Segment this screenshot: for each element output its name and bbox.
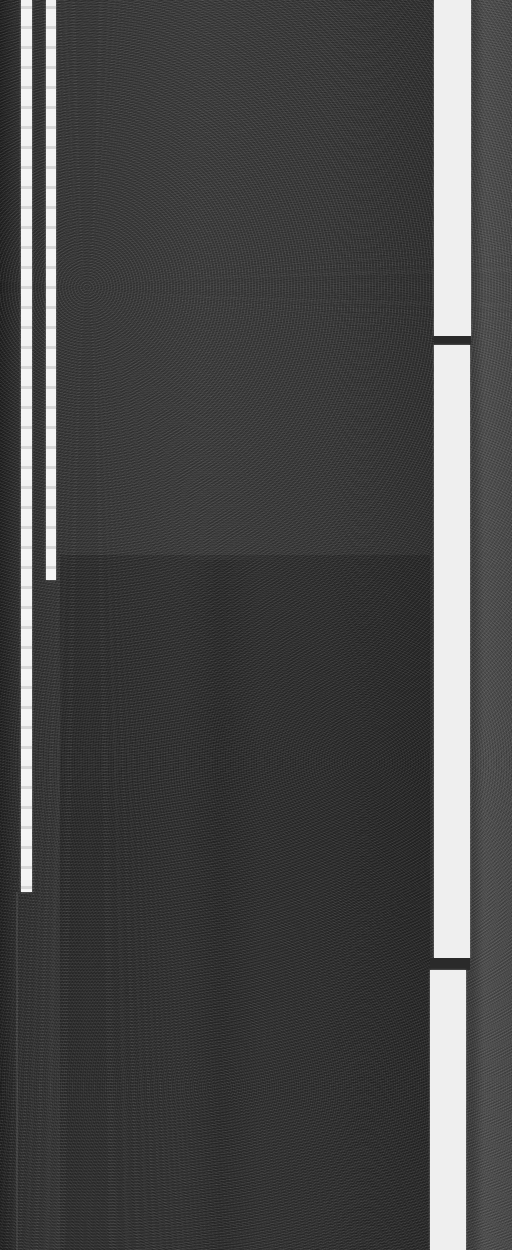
dash-gap [434,336,471,345]
right-dashed-line-segment [434,345,470,958]
road-aerial-image [0,0,512,1250]
right-dashed-line-segment [430,970,466,1250]
left-solid-line-outer [21,0,32,892]
right-dashed-line-segment [434,0,471,336]
left-solid-line-inner [46,0,56,580]
dash-gap [430,958,470,970]
faded-line-trace [16,892,18,1250]
